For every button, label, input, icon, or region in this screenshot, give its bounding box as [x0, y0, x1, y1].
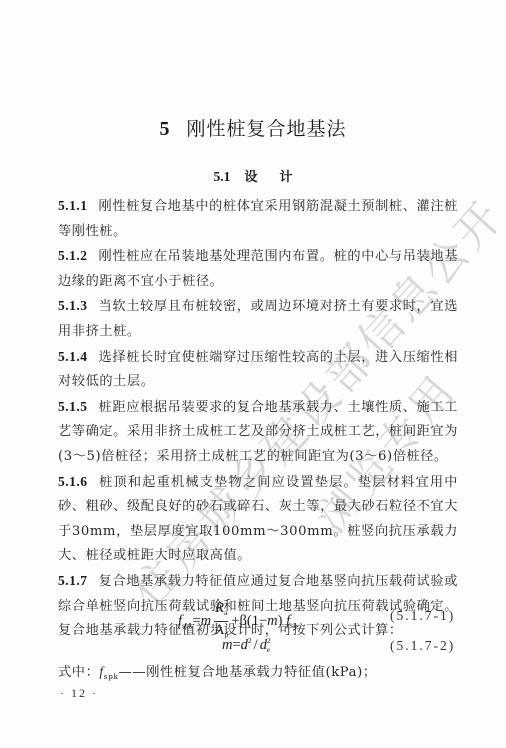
formula-symbol: d	[260, 637, 267, 653]
clause-number: 5.1.1	[58, 198, 88, 213]
formula-term: +β(1−	[231, 613, 267, 629]
section-title-part-b: 计	[279, 170, 292, 185]
formula-symbol: m	[222, 637, 232, 653]
clause-text: 桩距应根据吊装要求的复合地基承载力、土壤性质、施工工艺等确定。采用非挤土成桩工艺…	[58, 400, 458, 464]
equation-number: (5.1.7-2)	[390, 638, 455, 654]
clause-number: 5.1.4	[58, 349, 88, 364]
formula-symbol: m	[267, 613, 277, 629]
clause-5-1-3: 5.1.3当软土较厚且布桩较密，或周边环境对挤土有要求时，宜选用非挤土桩。	[58, 294, 458, 344]
where-dash: ——	[119, 665, 147, 680]
equation-number: (5.1.7-1)	[390, 608, 455, 624]
formula-numerator: R	[215, 600, 224, 616]
page-number: · 12 ·	[60, 686, 98, 701]
clause-number: 5.1.2	[58, 248, 88, 263]
where-definition: 式中：fspk——刚性桩复合地基承载力特征值(kPa)；	[58, 661, 377, 681]
formula-5-1-7-2: m=d2/d2e	[222, 636, 270, 654]
formula-subscript: spk	[182, 621, 192, 630]
document-page: 5刚性桩复合地基法 5.1设计 5.1.1刚性桩复合地基中的桩体宜采用钢筋混凝土…	[0, 0, 506, 748]
section-title-part-a: 设	[244, 170, 279, 185]
clause-5-1-6: 5.1.6桩顶和起重机械支垫物之间应设置垫层。垫层材料宜用中砂、粗砂、级配良好的…	[58, 470, 458, 569]
clause-list: 5.1.1刚性桩复合地基中的桩体宜采用钢筋混凝土预制桩、灌注桩等刚性桩。 5.1…	[58, 194, 458, 644]
clause-text: 刚性桩应在吊装地基处理范围内布置。桩的中心与吊装地基边缘的距离不宜小于桩径。	[58, 249, 458, 289]
formula-equals: =	[192, 613, 200, 629]
formula-symbol: d	[241, 637, 248, 653]
formula-subscript: spk	[104, 672, 119, 681]
where-description: 刚性桩复合地基承载力特征值(kPa)；	[146, 665, 376, 680]
formula-equals: =	[232, 637, 240, 653]
formula-term: )	[278, 613, 283, 629]
clause-text: 选择桩长时宜使桩端穿过压缩性较高的土层，进入压缩性相对较低的土层。	[58, 350, 458, 390]
formula-superscript: 2	[267, 636, 271, 645]
formula-subscript: sk	[290, 621, 297, 630]
clause-text: 桩顶和起重机械支垫物之间应设置垫层。垫层材料宜用中砂、粗砂、级配良好的砂石或碎石…	[58, 475, 458, 564]
chapter-title: 5刚性桩复合地基法	[0, 114, 506, 141]
formula-slash: /	[254, 637, 258, 653]
chapter-number: 5	[159, 118, 170, 140]
formula-superscript: 2	[248, 636, 252, 645]
clause-5-1-4: 5.1.4选择桩长时宜使桩端穿过压缩性较高的土层，进入压缩性相对较低的土层。	[58, 345, 458, 395]
formula-subscript: a	[224, 608, 227, 617]
clause-text: 当软土较厚且布桩较密，或周边环境对挤土有要求时，宜选用非挤土桩。	[58, 299, 458, 339]
clause-number: 5.1.6	[58, 474, 88, 489]
chapter-name: 刚性桩复合地基法	[186, 118, 346, 140]
clause-5-1-1: 5.1.1刚性桩复合地基中的桩体宜采用钢筋混凝土预制桩、灌注桩等刚性桩。	[58, 194, 458, 244]
clause-5-1-2: 5.1.2刚性桩应在吊装地基处理范围内布置。桩的中心与吊装地基边缘的距离不宜小于…	[58, 244, 458, 294]
formula-subscript: e	[267, 645, 270, 654]
section-title: 5.1设计	[0, 166, 506, 185]
formula-symbol: m	[201, 613, 211, 629]
clause-5-1-5: 5.1.5桩距应根据吊装要求的复合地基承载力、土壤性质、施工工艺等确定。采用非挤…	[58, 395, 458, 470]
section-number: 5.1	[214, 169, 231, 184]
where-prefix: 式中：	[58, 665, 99, 680]
clause-number: 5.1.5	[58, 399, 88, 414]
clause-number: 5.1.3	[58, 298, 88, 313]
clause-text: 刚性桩复合地基中的桩体宜采用钢筋混凝土预制桩、灌注桩等刚性桩。	[58, 199, 458, 239]
clause-number: 5.1.7	[58, 573, 88, 588]
